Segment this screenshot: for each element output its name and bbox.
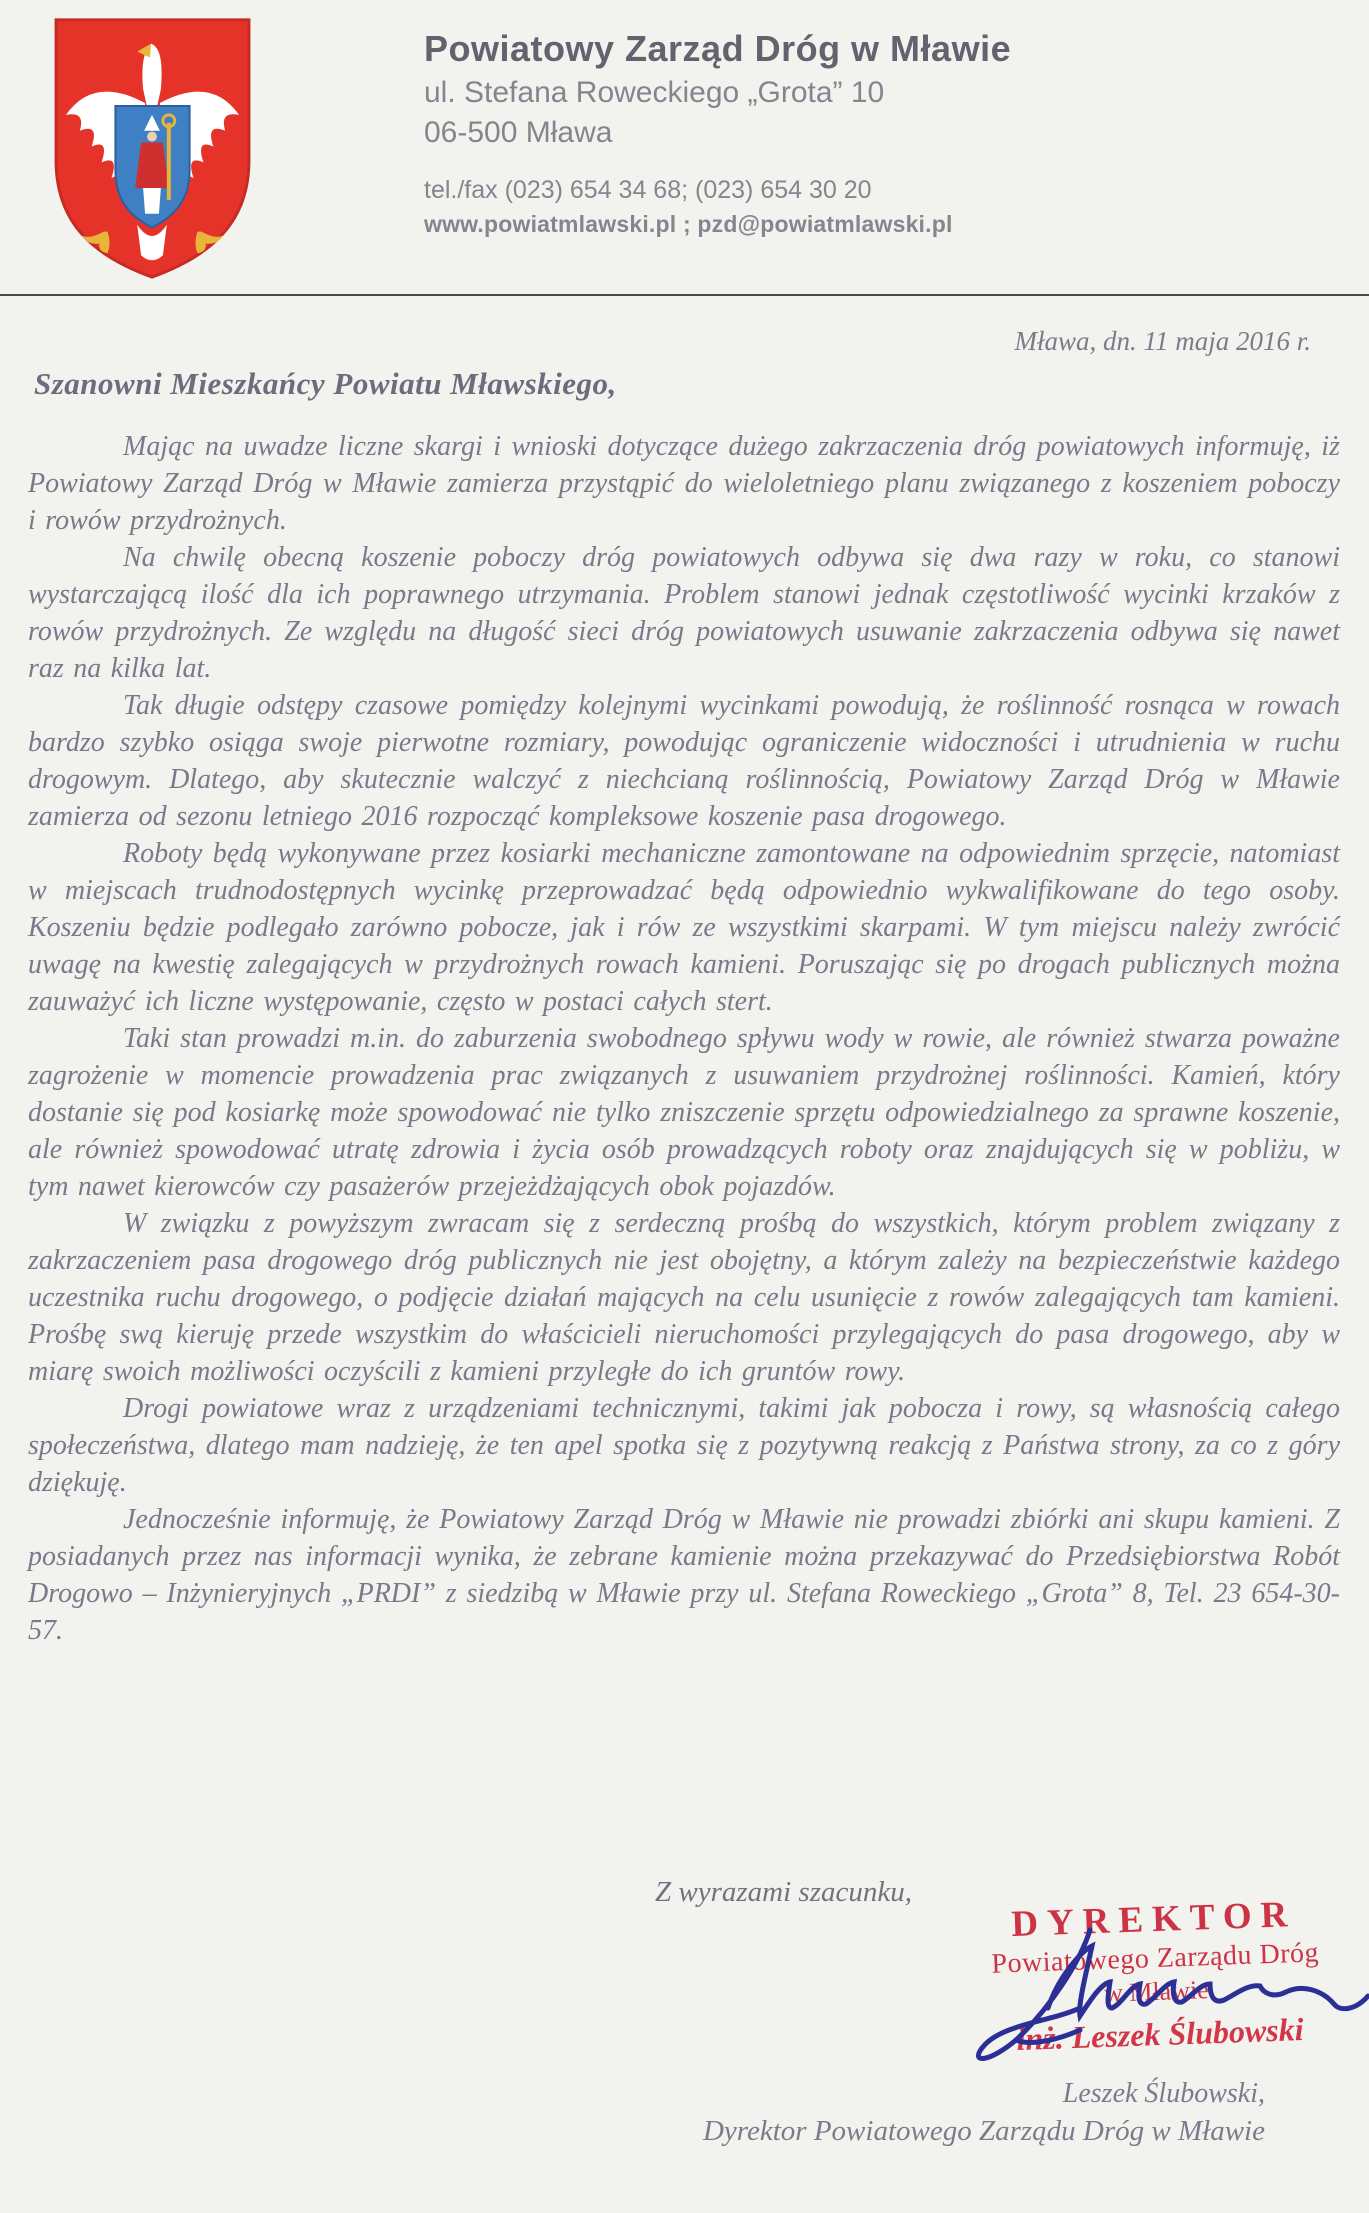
paragraph-5: Taki stan prowadzi m.in. do zaburzenia s… — [28, 1020, 1340, 1205]
coat-of-arms-emblem — [45, 12, 260, 284]
org-address-street: ul. Stefana Roweckiego „Grota” 10 — [424, 76, 1184, 110]
letterhead: Powiatowy Zarząd Dróg w Mławie ul. Stefa… — [424, 28, 1184, 238]
signer-name: Leszek Ślubowski, — [703, 2078, 1265, 2110]
closing-phrase: Z wyrazami szacunku, — [655, 1876, 912, 1909]
letter-page: Powiatowy Zarząd Dróg w Mławie ul. Stefa… — [0, 0, 1369, 2213]
header-divider — [0, 294, 1369, 296]
signer-title: Dyrektor Powiatowego Zarządu Dróg w Mław… — [703, 2115, 1265, 2148]
paragraph-6: W związku z powyższym zwracam się z serd… — [28, 1205, 1340, 1390]
paragraph-1: Mając na uwadze liczne skargi i wnioski … — [28, 428, 1340, 539]
salutation: Szanowni Mieszkańcy Powiatu Mławskiego, — [34, 366, 617, 402]
typed-signature-block: Leszek Ślubowski, Dyrektor Powiatowego Z… — [703, 2078, 1265, 2148]
handwritten-signature — [930, 1912, 1369, 2082]
letter-body: Mając na uwadze liczne skargi i wnioski … — [28, 428, 1340, 1649]
paragraph-4: Roboty będą wykonywane przez kosiarki me… — [28, 835, 1340, 1020]
org-phone: tel./fax (023) 654 34 68; (023) 654 30 2… — [424, 176, 1184, 205]
date-line: Mława, dn. 11 maja 2016 r. — [1014, 326, 1311, 357]
paragraph-7: Drogi powiatowe wraz z urządzeniami tech… — [28, 1390, 1340, 1501]
paragraph-2: Na chwilę obecną koszenie poboczy dróg p… — [28, 539, 1340, 687]
paragraph-8: Jednocześnie informuję, że Powiatowy Zar… — [28, 1501, 1340, 1649]
org-address-city: 06-500 Mława — [424, 116, 1184, 150]
org-web-email: www.powiatmlawski.pl ; pzd@powiatmlawski… — [424, 211, 1184, 238]
paragraph-3: Tak długie odstępy czasowe pomiędzy kole… — [28, 687, 1340, 835]
org-name: Powiatowy Zarząd Dróg w Mławie — [424, 28, 1184, 70]
